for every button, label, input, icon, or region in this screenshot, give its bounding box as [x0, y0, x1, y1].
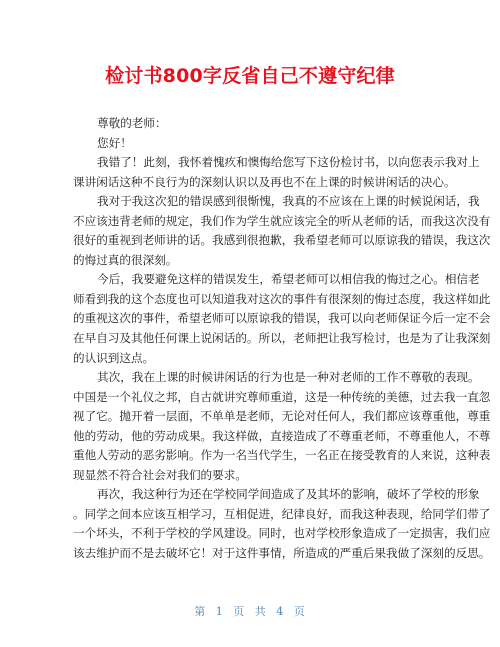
- paragraph-line: 视了它。抛开着一层面，不单单是老师，无论对任何人，我们都应该尊重他，尊重: [73, 407, 429, 427]
- paragraph-line: 的悔过真的很深刻。: [73, 251, 429, 271]
- paragraph-line: 课讲闲话这种不良行为的深刻认识以及再也不在上课的时候讲闲话的决心。: [73, 173, 429, 193]
- greeting: 您好！: [73, 134, 429, 154]
- paragraph-line: 中国是一个礼仪之邦，自古就讲究尊师重道，这是一种传统的美德，过去我一直忽: [73, 388, 429, 408]
- paragraph-line: 我对于我这次犯的错误感到很惭愧，我真的不应该在上课的时候说闲话，我: [73, 192, 429, 212]
- document-page: 检讨书800字反省自己不遵守纪律 尊敬的老师： 您好！ 我错了！此刻，我怀着愧疚…: [0, 0, 500, 647]
- paragraph-line: 在早自习及其他任何课上说闲话的。所以，老师把让我写检讨，也是为了让我深刻: [73, 329, 429, 349]
- paragraph-line: 的认识到这点。: [73, 349, 429, 369]
- paragraph-line: 我错了！此刻，我怀着愧疚和懊悔给您写下这份检讨书，以向您表示我对上: [73, 153, 429, 173]
- paragraph-line: 重他人劳动的恶劣影响。作为一名当代学生，一名正在接受教育的人来说，这种表: [73, 446, 429, 466]
- paragraph-line: 不应该违背老师的规定，我们作为学生就应该完全的听从老师的话，而我这次没有: [73, 212, 429, 232]
- paragraph-line: 该去维护而不是去破坏它！对于这件事情，所造成的严重后果我做了深刻的反思。: [73, 544, 429, 564]
- body-text: 我错了！此刻，我怀着愧疚和懊悔给您写下这份检讨书，以向您表示我对上课讲闲话这种不…: [73, 153, 429, 563]
- salutation: 尊敬的老师：: [73, 114, 429, 134]
- paragraph-line: 一个坏头，不利于学校的学风建设。同时，也对学校形象造成了一定损害，我们应: [73, 524, 429, 544]
- paragraph-line: 现显然不符合社会对我们的要求。: [73, 466, 429, 486]
- document-body: 尊敬的老师： 您好！ 我错了！此刻，我怀着愧疚和懊悔给您写下这份检讨书，以向您表…: [73, 114, 429, 564]
- paragraph-line: 其次，我在上课的时候讲闲话的行为也是一种对老师的工作不尊敬的表现。: [73, 368, 429, 388]
- paragraph-line: 师看到我的这个态度也可以知道我对这次的事件有很深刻的悔过态度，我这样如此: [73, 290, 429, 310]
- paragraph-line: 的重视这次的事件，希望老师可以原谅我的错误，我可以向老师保证今后一定不会: [73, 309, 429, 329]
- paragraph-line: 很好的重视到老师讲的话。我感到很抱歉，我希望老师可以原谅我的错误，我这次: [73, 231, 429, 251]
- page-indicator: 第 1 页 共 4 页: [0, 603, 500, 621]
- document-title: 检讨书800字反省自己不遵守纪律: [0, 62, 500, 90]
- paragraph-line: 今后，我要避免这样的错误发生，希望老师可以相信我的悔过之心。相信老: [73, 270, 429, 290]
- paragraph-line: 他的劳动，他的劳动成果。我这样做，直接造成了不尊重老师，不尊重他人，不尊: [73, 427, 429, 447]
- paragraph-line: 再次，我这种行为还在学校同学间造成了及其坏的影响，破坏了学校的形象: [73, 485, 429, 505]
- paragraph-line: 。同学之间本应该互相学习，互相促进，纪律良好，而我这种表现，给同学们带了: [73, 505, 429, 525]
